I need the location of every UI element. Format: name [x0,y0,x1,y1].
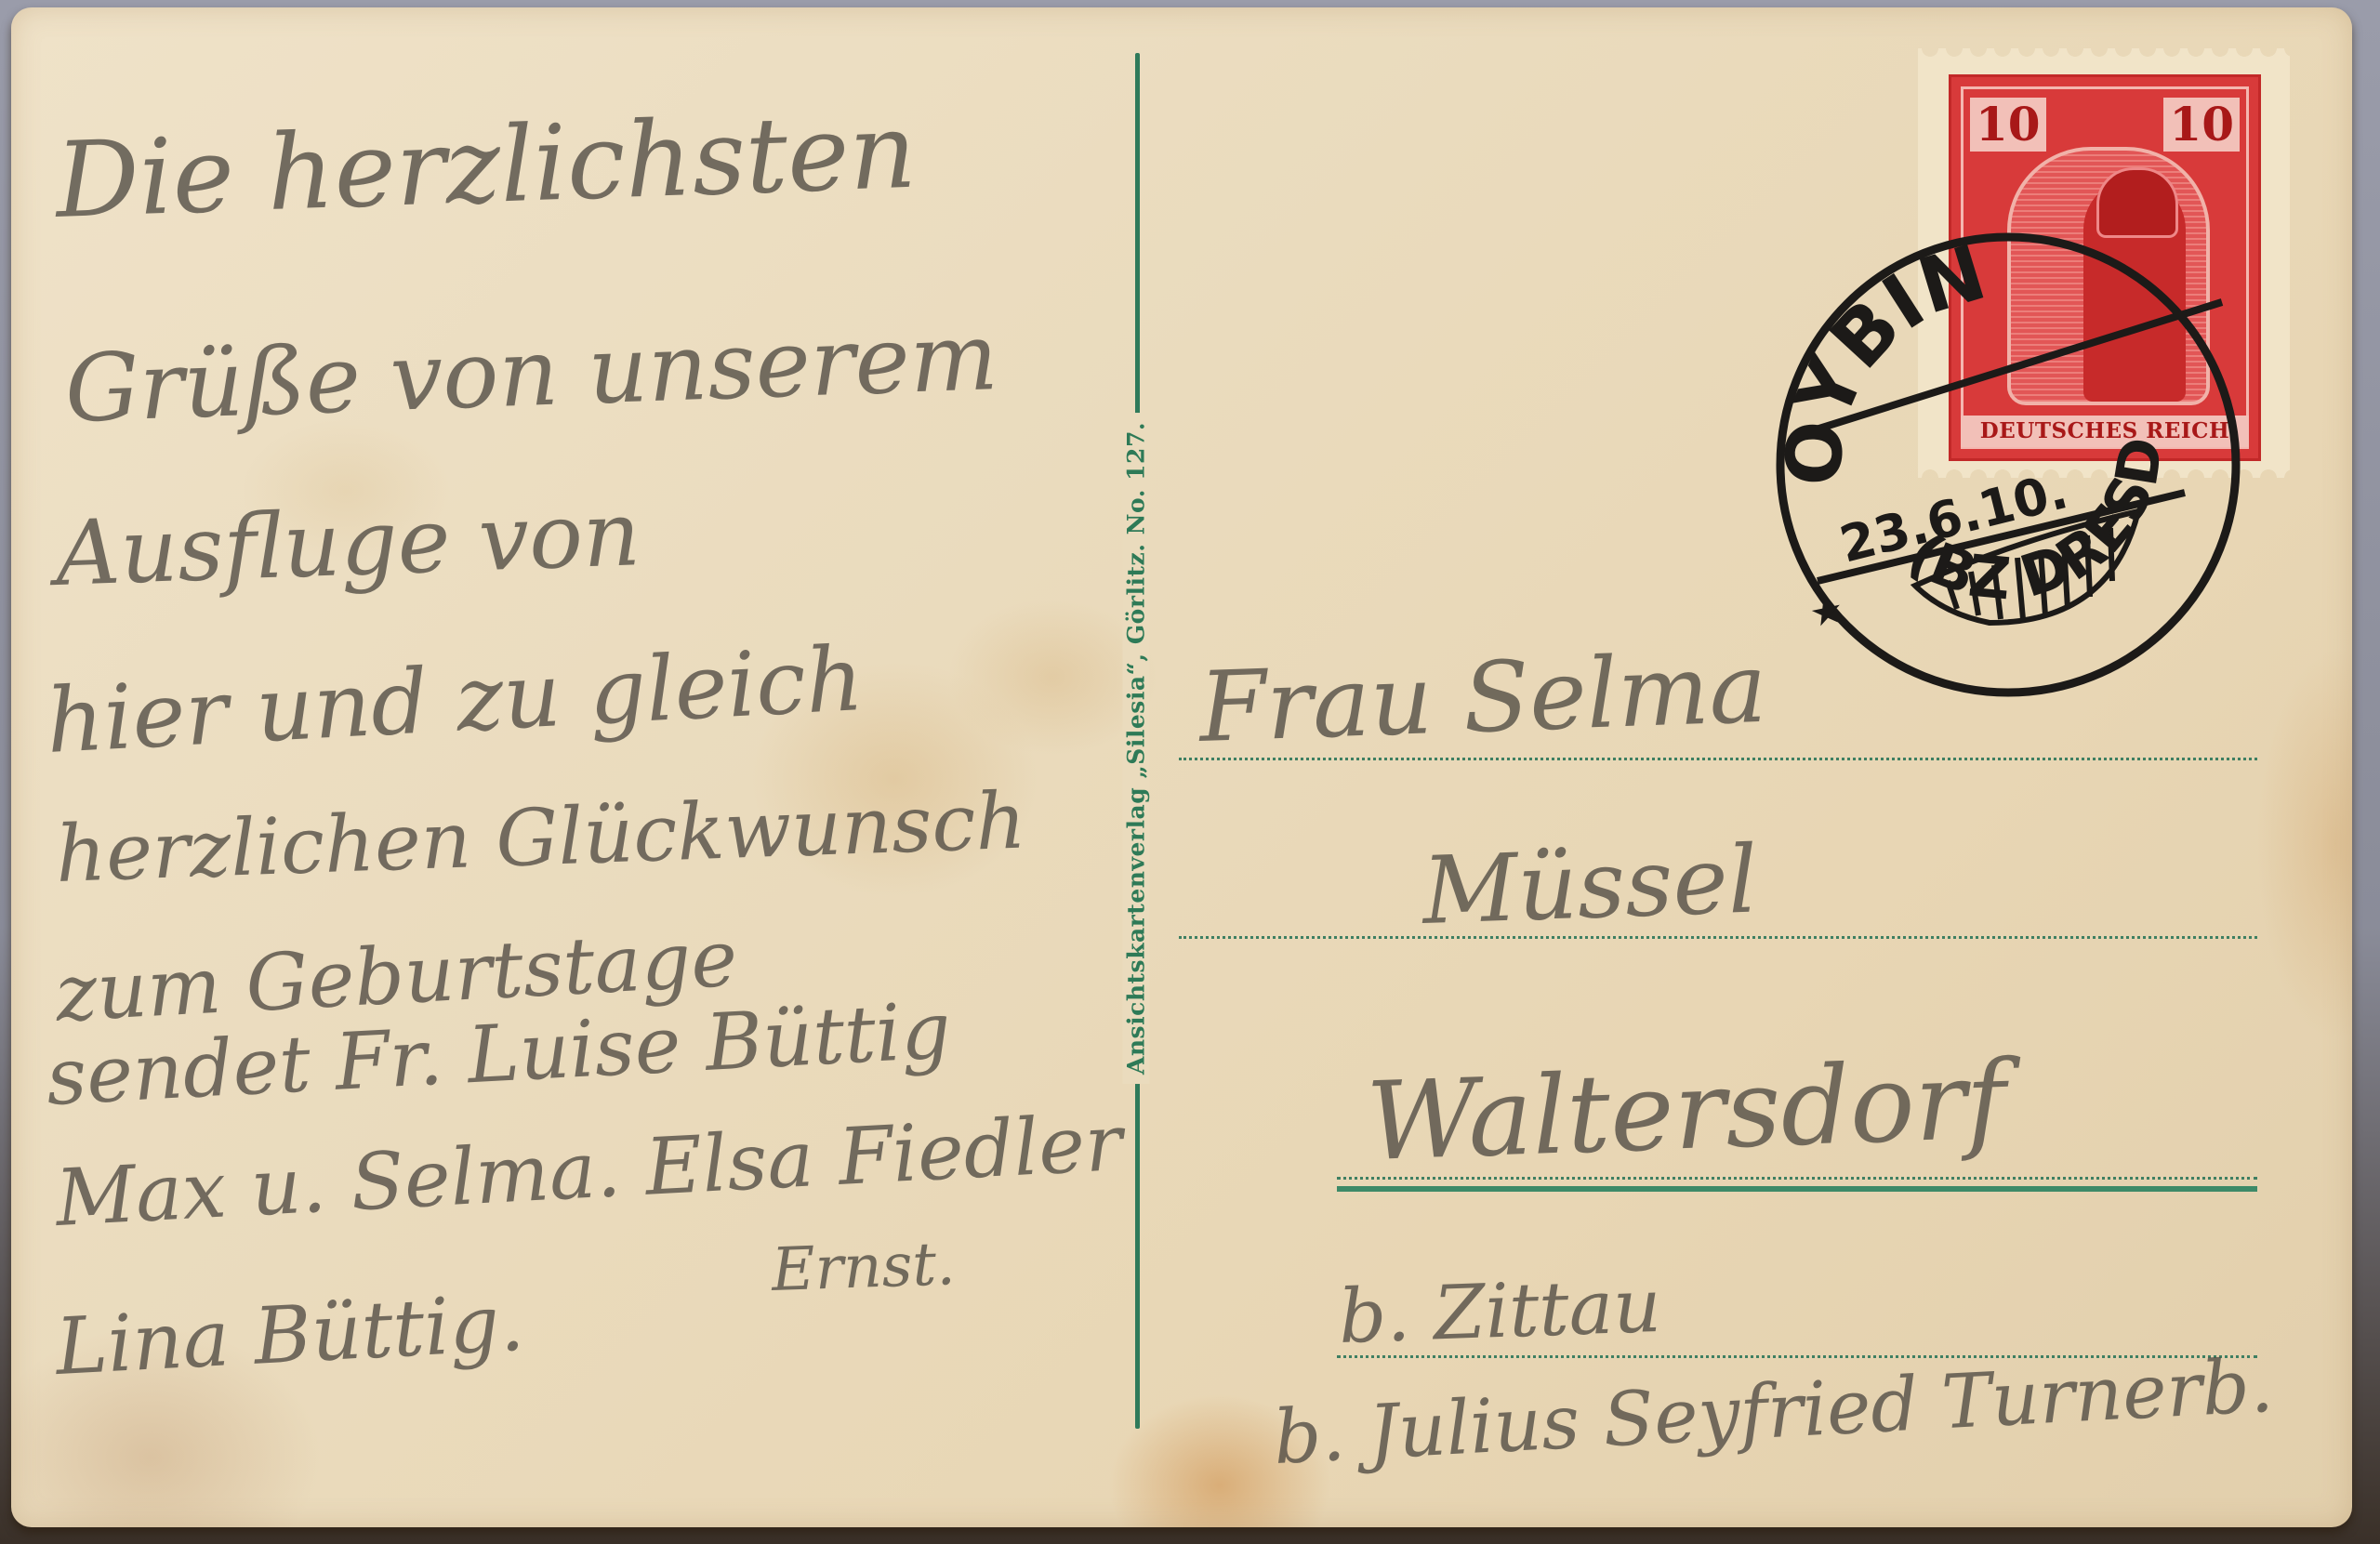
address-surname: Müssel [1421,825,1759,945]
postage-stamp: 10 10 DEUTSCHES REICH [1918,48,2290,478]
address-region: b. Zittau [1337,1262,1662,1360]
stamp-value-left: 10 [1970,98,2046,152]
address-line-3-underline [1337,1186,2257,1192]
address-line-2 [1179,936,2257,939]
publisher-imprint: Ansichtskartenverlag „Silesia“, Görlitz.… [1123,413,1150,1084]
message-line-3: Ausfluge von [54,482,641,606]
address-town: Waltersdorf [1365,1037,2008,1185]
stamp-value-right: 10 [2163,98,2240,152]
germania-portrait-icon [2007,147,2210,405]
stamp-design: 10 10 DEUTSCHES REICH [1949,74,2261,461]
address-recipient: Frau Selma [1197,631,1768,764]
stamp-country: DEUTSCHES REICH [1961,416,2249,447]
message-line-9: Ernst. [771,1230,957,1305]
crown-icon [2096,167,2178,238]
